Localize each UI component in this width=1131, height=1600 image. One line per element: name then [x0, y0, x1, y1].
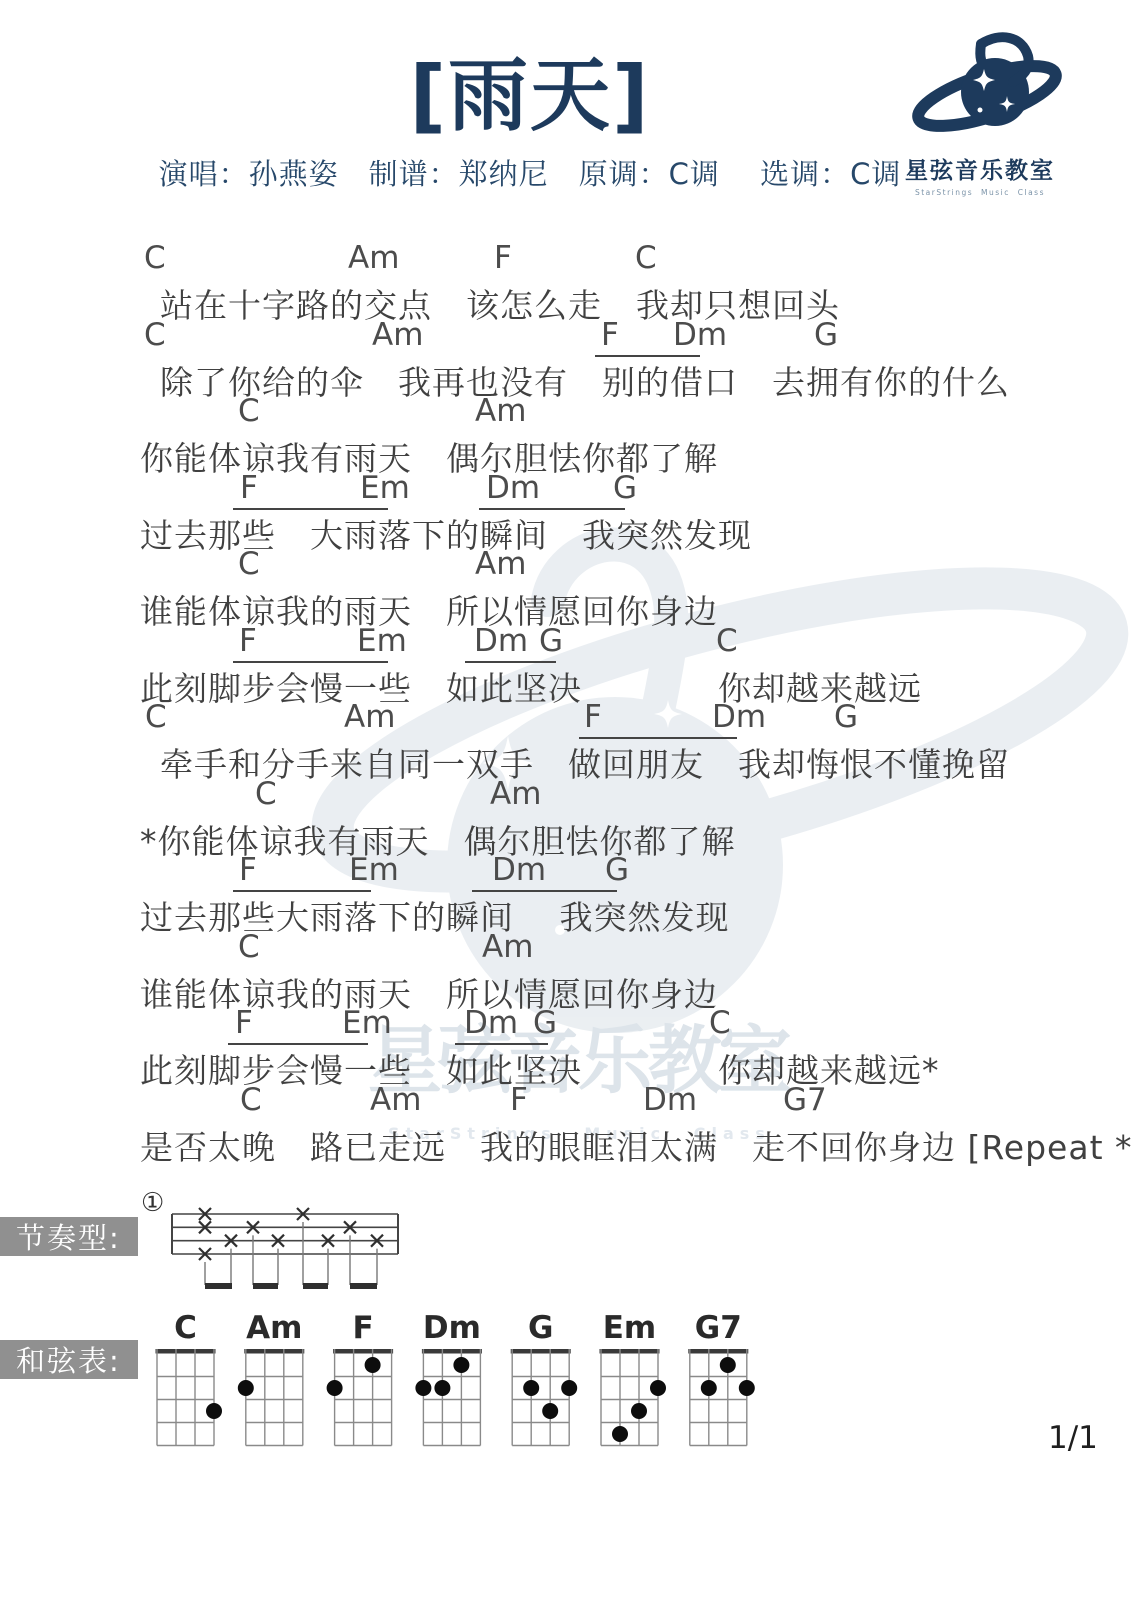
- chord-label: Dm: [464, 1005, 518, 1041]
- svg-text:G: G: [528, 1310, 553, 1346]
- svg-text:Dm: Dm: [423, 1310, 481, 1346]
- chord-label: G: [613, 470, 637, 506]
- chord-label: Dm: [492, 852, 546, 888]
- chord-label: Dm: [643, 1082, 697, 1118]
- chord-label: C: [255, 776, 277, 812]
- chord-label: Am: [482, 929, 533, 965]
- lyric-text: 是否太晚 路已走远 我的眼眶泪太满 走不回你身边 [Repeat *]: [140, 1122, 1131, 1169]
- chord-label: C: [716, 623, 738, 659]
- lyric-line: CAm你能体谅我有雨天 偶尔胆怯你都了解: [0, 391, 1131, 467]
- chord-label: G7: [783, 1082, 827, 1118]
- rhythm-section-label: 节奏型:: [0, 1217, 138, 1256]
- chord-label: Am: [348, 240, 399, 276]
- chord-label: Em: [357, 623, 407, 659]
- chord-label: F: [584, 699, 602, 735]
- page-number: 1/1: [1048, 1420, 1098, 1456]
- chord-label: C: [635, 240, 657, 276]
- lyric-line: FEmDmG过去那些 大雨落下的瞬间 我突然发现: [0, 468, 1131, 544]
- lyric-line: FEmDmGC此刻脚步会慢一些 如此坚决 你却越来越远: [0, 621, 1131, 697]
- chord-label: F: [510, 1082, 528, 1118]
- rhythm-pattern: [135, 1180, 425, 1305]
- chord-label: G: [605, 852, 629, 888]
- lyric-line: CAm*你能体谅我有雨天 偶尔胆怯你都了解: [0, 774, 1131, 850]
- chord-label: F: [235, 1005, 253, 1041]
- chord-label: F: [239, 852, 257, 888]
- chord-label: Am: [372, 317, 423, 353]
- chord-label: Am: [475, 546, 526, 582]
- chord-label: C: [240, 1082, 262, 1118]
- chord-label: F: [494, 240, 512, 276]
- sheet-page: 星弦音乐教室 StarStrings Music Class [雨天] 演唱：孙…: [0, 0, 1131, 1600]
- svg-text:C: C: [174, 1310, 197, 1346]
- svg-text:Em: Em: [603, 1310, 656, 1346]
- chord-label: Am: [370, 1082, 421, 1118]
- lyric-line: CAmFC站在十字路的交点 该怎么走 我却只想回头: [0, 238, 1131, 314]
- lyric-line: FEmDmGC此刻脚步会慢一些 如此坚决 你却越来越远*: [0, 1003, 1131, 1079]
- chord-label: G: [834, 699, 858, 735]
- chord-label: F: [240, 470, 258, 506]
- chord-label: G: [533, 1005, 557, 1041]
- chord-label: C: [709, 1005, 731, 1041]
- chord-label: G: [539, 623, 563, 659]
- chord-label: F: [239, 623, 257, 659]
- chord-label: C: [238, 393, 260, 429]
- lyric-line: CAmFDmG牵手和分手来自同一双手 做回朋友 我却悔恨不懂挽留: [0, 697, 1131, 773]
- chord-label: C: [144, 240, 166, 276]
- chord-label: C: [144, 317, 166, 353]
- chord-label: C: [145, 699, 167, 735]
- chord-label: Em: [349, 852, 399, 888]
- lyric-line: CAmFDmG除了你给的伞 我再也没有 别的借口 去拥有你的什么: [0, 315, 1131, 391]
- chord-label: Dm: [712, 699, 766, 735]
- lyric-line: CAm谁能体谅我的雨天 所以情愿回你身边: [0, 544, 1131, 620]
- lyric-line: FEmDmG过去那些大雨落下的瞬间 我突然发现: [0, 850, 1131, 926]
- chord-label: C: [238, 929, 260, 965]
- chord-label: Dm: [474, 623, 528, 659]
- chord-label: Am: [490, 776, 541, 812]
- chord-chart-label: 和弦表:: [0, 1340, 138, 1379]
- chord-diagrams: CAmFDmGEmG7: [140, 1292, 800, 1458]
- chord-label: Dm: [673, 317, 727, 353]
- chord-label: Em: [342, 1005, 392, 1041]
- chord-label: Em: [360, 470, 410, 506]
- chord-label: Am: [344, 699, 395, 735]
- lyric-line: CAmFDmG7是否太晚 路已走远 我的眼眶泪太满 走不回你身边 [Repeat…: [0, 1080, 1131, 1156]
- lyric-line: CAm谁能体谅我的雨天 所以情愿回你身边: [0, 927, 1131, 1003]
- svg-text:F: F: [353, 1310, 374, 1346]
- chord-label: Am: [475, 393, 526, 429]
- chord-label: C: [238, 546, 260, 582]
- svg-text:Am: Am: [246, 1310, 302, 1346]
- chord-label: F: [601, 317, 619, 353]
- chord-label: G: [814, 317, 838, 353]
- chord-label: Dm: [486, 470, 540, 506]
- svg-text:G7: G7: [695, 1310, 742, 1346]
